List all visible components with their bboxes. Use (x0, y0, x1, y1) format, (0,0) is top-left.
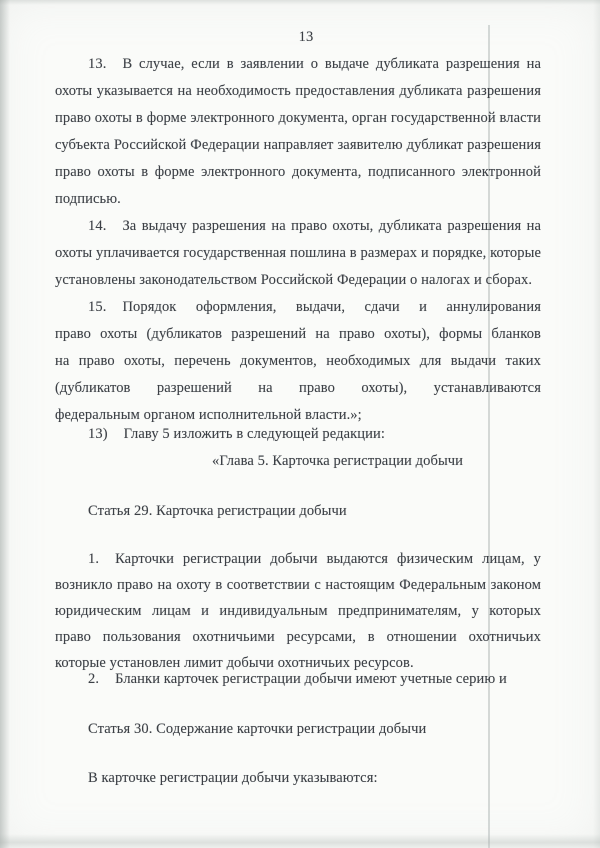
document-blocks: 13.В случае, если в заявлении о выдаче д… (55, 51, 541, 791)
item-number: 15. (88, 299, 106, 315)
scan-edge-bottom (0, 834, 600, 848)
scan-edge-top (0, 0, 600, 5)
text-line: субъекта Российской Федерации направляет… (55, 132, 541, 159)
text-line: 13)Главу 5 изложить в следующей редакции… (55, 421, 541, 448)
document-page: 13 13.В случае, если в заявлении о выдач… (0, 0, 600, 848)
text-line: Статья 29. Карточка регистрации добычи (55, 498, 541, 525)
text-line: право охоты в форме электронного докумен… (55, 105, 541, 132)
text-line: 13.В случае, если в заявлении о выдаче д… (55, 51, 541, 78)
text-line: (дубликатов разрешений на право охоты), … (55, 375, 541, 402)
text-line: охоты уплачивается государственная пошли… (55, 240, 541, 267)
text-line: юридическим лицам и индивидуальным предп… (55, 598, 541, 624)
document-content: 13 13.В случае, если в заявлении о выдач… (55, 24, 541, 791)
item-number: 2. (88, 671, 99, 687)
item-number: 13. (88, 56, 106, 72)
scan-edge-left (0, 0, 10, 848)
para-15: 15.Порядок оформления, выдачи, сдачи и а… (55, 294, 541, 429)
text-line: 1.Карточки регистрации добычи выдаются ф… (55, 546, 541, 572)
text-line: право охоты в форме электронного докумен… (55, 159, 541, 186)
text-line: подписью. (55, 186, 541, 213)
text-line: право охоты (дубликатов разрешений на пр… (55, 321, 541, 348)
text-line: на право охоты, перечень документов, нео… (55, 348, 541, 375)
item-13: 13)Главу 5 изложить в следующей редакции… (55, 421, 541, 448)
scan-edge-right (593, 0, 600, 848)
chapter-5-heading: «Глава 5. Карточка регистрации добычи (55, 448, 541, 475)
text-line: «Глава 5. Карточка регистрации добычи (55, 448, 541, 475)
item-number: 1. (88, 551, 99, 567)
page-number: 13 (55, 24, 541, 51)
article-29-heading: Статья 29. Карточка регистрации добычи (55, 498, 541, 525)
text-line: 2.Бланки карточек регистрации добычи име… (55, 666, 541, 692)
text-line: 14.За выдачу разрешения на право охоты, … (55, 213, 541, 240)
text-line: Статья 30. Содержание карточки регистрац… (55, 716, 541, 742)
text-line: охоты указывается на необходимость предо… (55, 78, 541, 105)
text-line: возникло право на охоту в соответствии с… (55, 572, 541, 598)
para-30-intro: В карточке регистрации добычи указываютс… (55, 765, 541, 791)
para-14: 14.За выдачу разрешения на право охоты, … (55, 213, 541, 294)
text-line: установлены законодательством Российской… (55, 267, 541, 294)
para-29-1: 1.Карточки регистрации добычи выдаются ф… (55, 546, 541, 676)
para-13: 13.В случае, если в заявлении о выдаче д… (55, 51, 541, 213)
text-line: право пользования охотничьими ресурсами,… (55, 624, 541, 650)
text-line: В карточке регистрации добычи указываютс… (55, 765, 541, 791)
para-29-2: 2.Бланки карточек регистрации добычи име… (55, 666, 541, 692)
article-30-heading: Статья 30. Содержание карточки регистрац… (55, 716, 541, 742)
item-number: 13) (88, 426, 108, 442)
item-number: 14. (88, 218, 106, 234)
page-number-text: 13 (55, 24, 541, 51)
text-line: 15.Порядок оформления, выдачи, сдачи и а… (55, 294, 541, 321)
